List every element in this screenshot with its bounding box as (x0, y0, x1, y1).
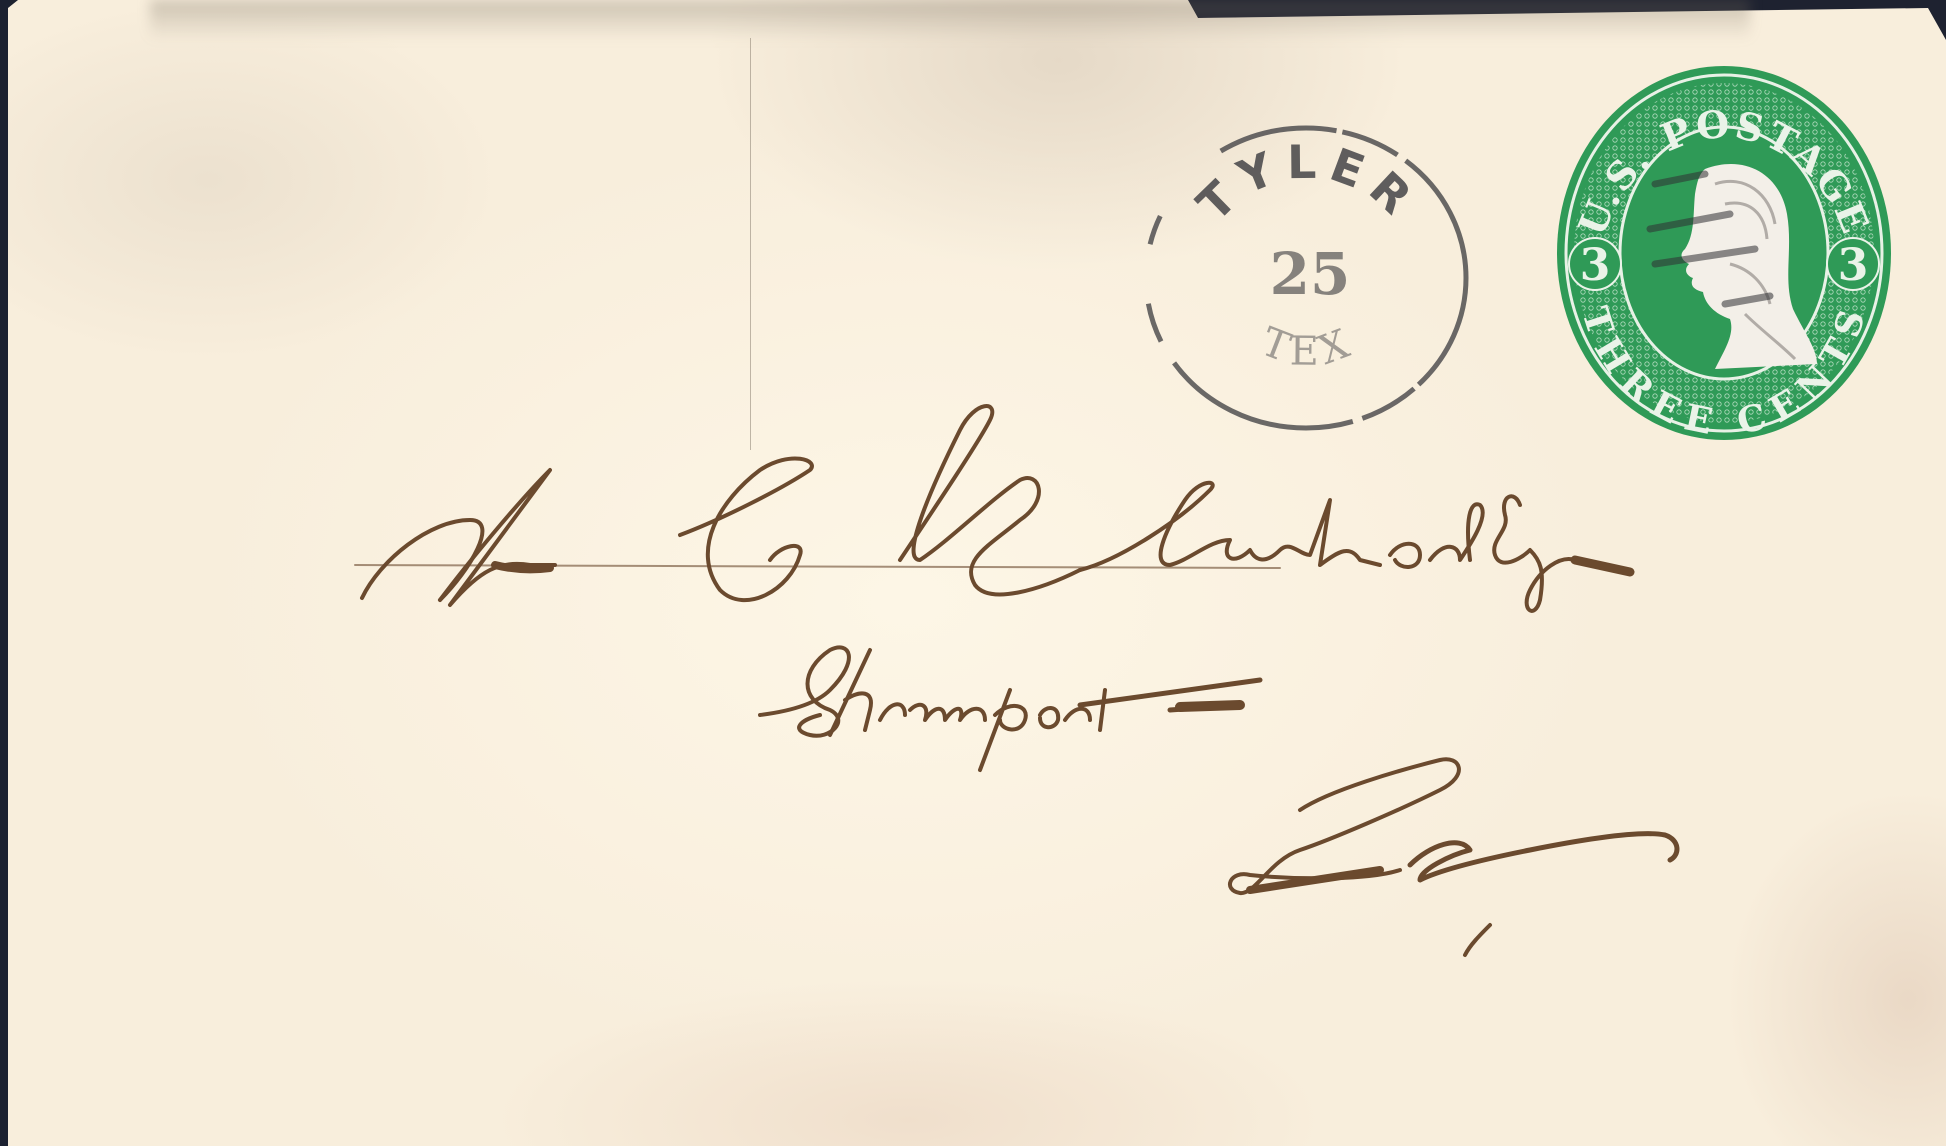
embossed-stamp: U.S. POSTAGE THREE CENTS 3 3 (1555, 64, 1893, 442)
svg-text:TEX: TEX (1255, 319, 1361, 375)
postmark-day: 25 (1270, 240, 1351, 308)
fold-line (750, 38, 751, 450)
postmark: TYLER 25 TEX (1138, 118, 1474, 434)
flap-shadow (150, 0, 1750, 40)
stamp-denomination-left: 3 (1580, 240, 1611, 291)
postmark-state: TEX (1255, 319, 1361, 375)
stamp-denomination-right: 3 (1838, 240, 1869, 291)
